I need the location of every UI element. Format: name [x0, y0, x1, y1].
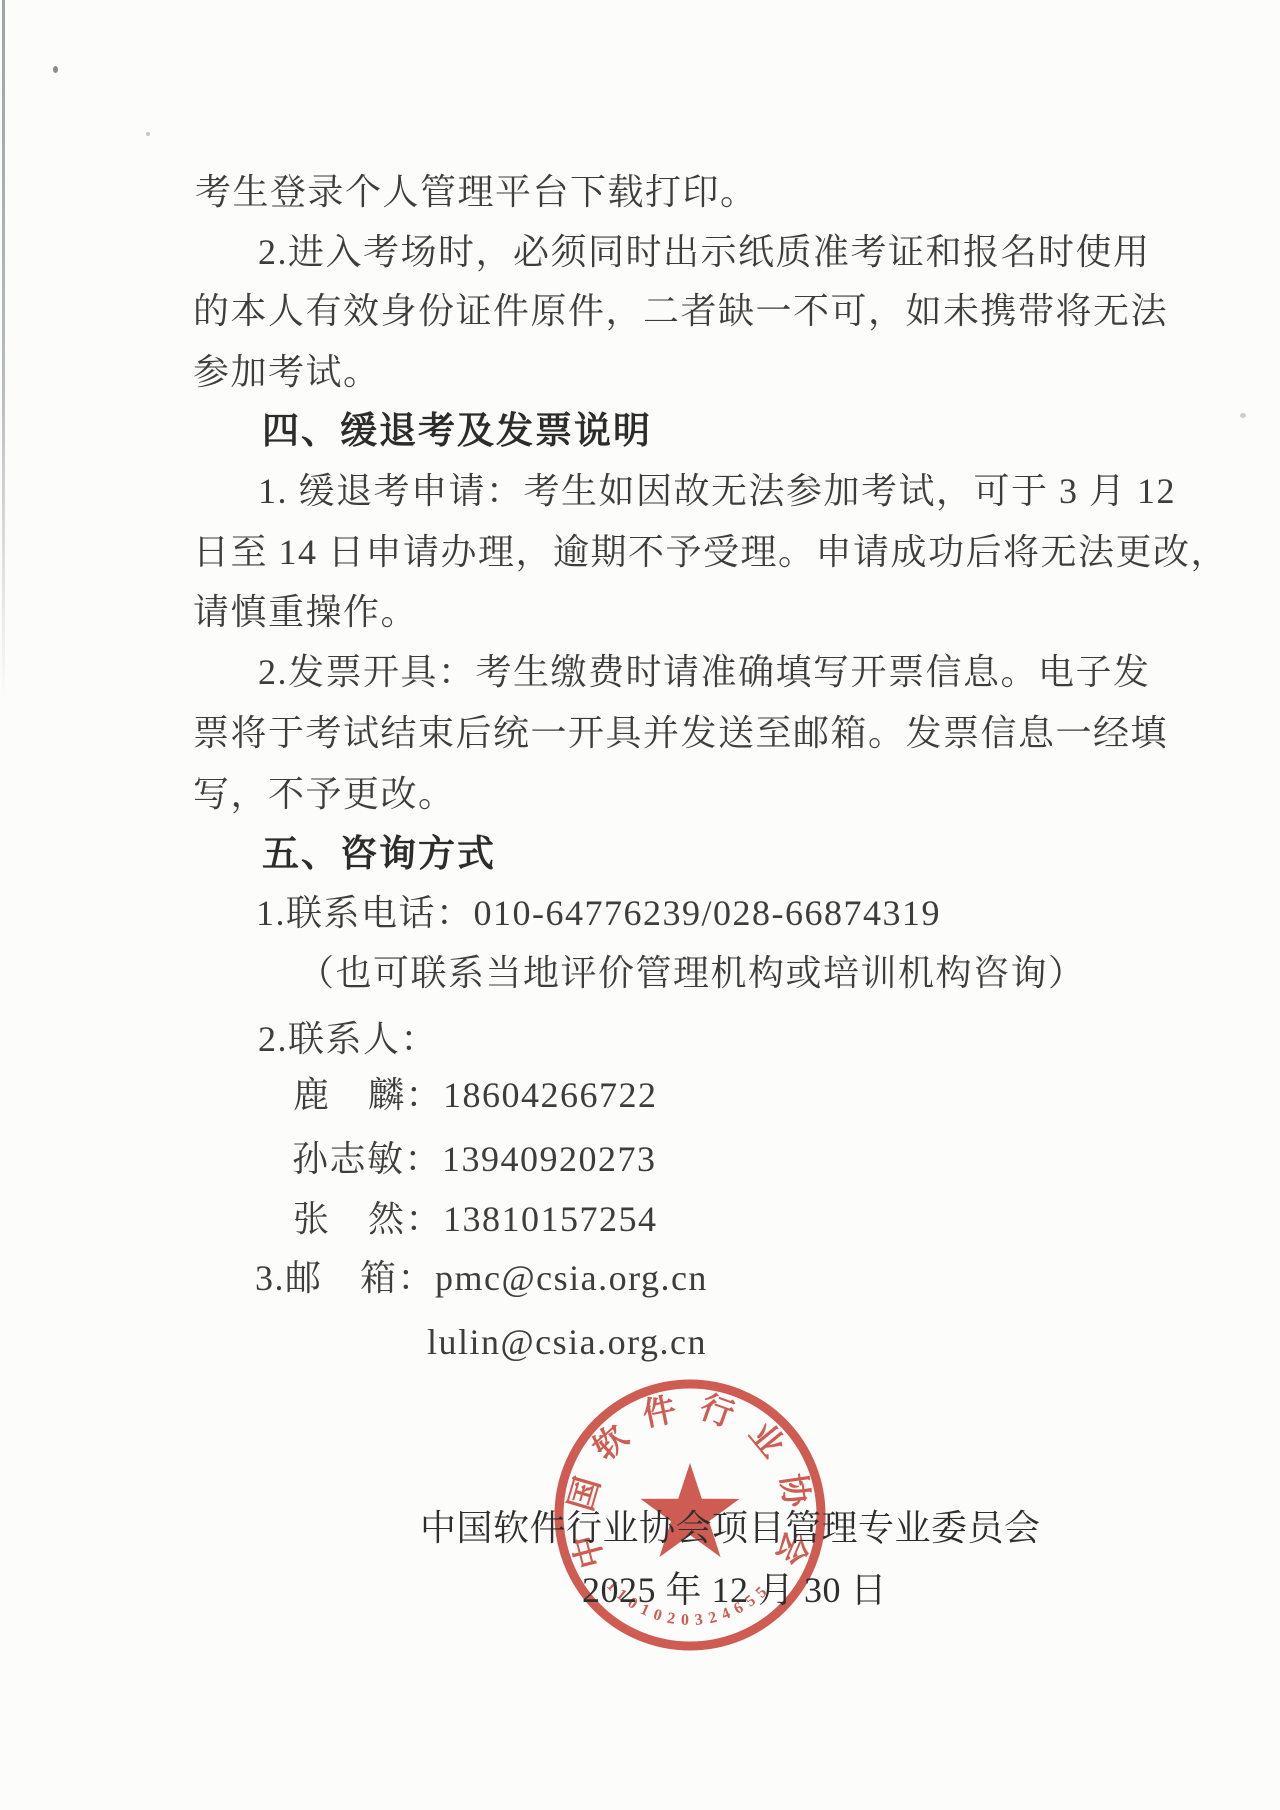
signature-organization: 中国软件行业协会项目管理专业委员会	[420, 1500, 1041, 1551]
section-heading: 五、咨询方式	[262, 833, 496, 876]
text-line: （也可联系当地评价管理机构或培训机构咨询）	[298, 953, 1086, 994]
text-line: 日至 14 日申请办理，逾期不予受理。申请成功后将无法更改，	[193, 532, 1228, 573]
contact-person-line: 张 然：13810157254	[293, 1199, 658, 1240]
signature-date: 2025 年 12 月 30 日	[582, 1562, 887, 1613]
contact-email-line: 3.邮 箱：pmc@csia.org.cn	[255, 1258, 708, 1299]
scan-speck	[1240, 413, 1246, 418]
text-line: 2.进入考场时，必须同时出示纸质准考证和报名时使用	[258, 232, 1151, 273]
scan-speck	[53, 66, 58, 73]
text-line: 1. 缓退考申请：考生如因故无法参加考试，可于 3 月 12	[258, 471, 1176, 512]
text-line: 票将于考试结束后统一开具并发送至邮箱。发票信息一经填	[193, 713, 1168, 754]
scan-speck	[146, 132, 150, 136]
contact-person-line: 孙志敏：13940920273	[292, 1139, 657, 1180]
contact-email-line: lulin@csia.org.cn	[427, 1322, 707, 1363]
text-line: 请慎重操作。	[193, 592, 418, 633]
text-line: 的本人有效身份证件原件，二者缺一不可，如未携带将无法	[193, 291, 1168, 332]
text-line: 参加考试。	[193, 352, 381, 393]
text-line: 2.发票开具：考生缴费时请准确填写开票信息。电子发	[258, 652, 1151, 693]
text-line: 考生登录个人管理平台下载打印。	[195, 172, 758, 213]
text-line: 2.联系人：	[258, 1019, 438, 1060]
contact-person-line: 鹿 麟：18604266722	[293, 1075, 658, 1116]
scan-artifact-edge-line	[2, 0, 5, 700]
section-heading: 四、缓退考及发票说明	[262, 410, 652, 453]
text-line: 写，不予更改。	[193, 774, 456, 815]
contact-phone-line: 1.联系电话：010-64776239/028-66874319	[256, 893, 941, 934]
document-page: 中国软件行业协会 1101020324655 考生登录个人管理平台下载打印。 2…	[0, 0, 1280, 1810]
